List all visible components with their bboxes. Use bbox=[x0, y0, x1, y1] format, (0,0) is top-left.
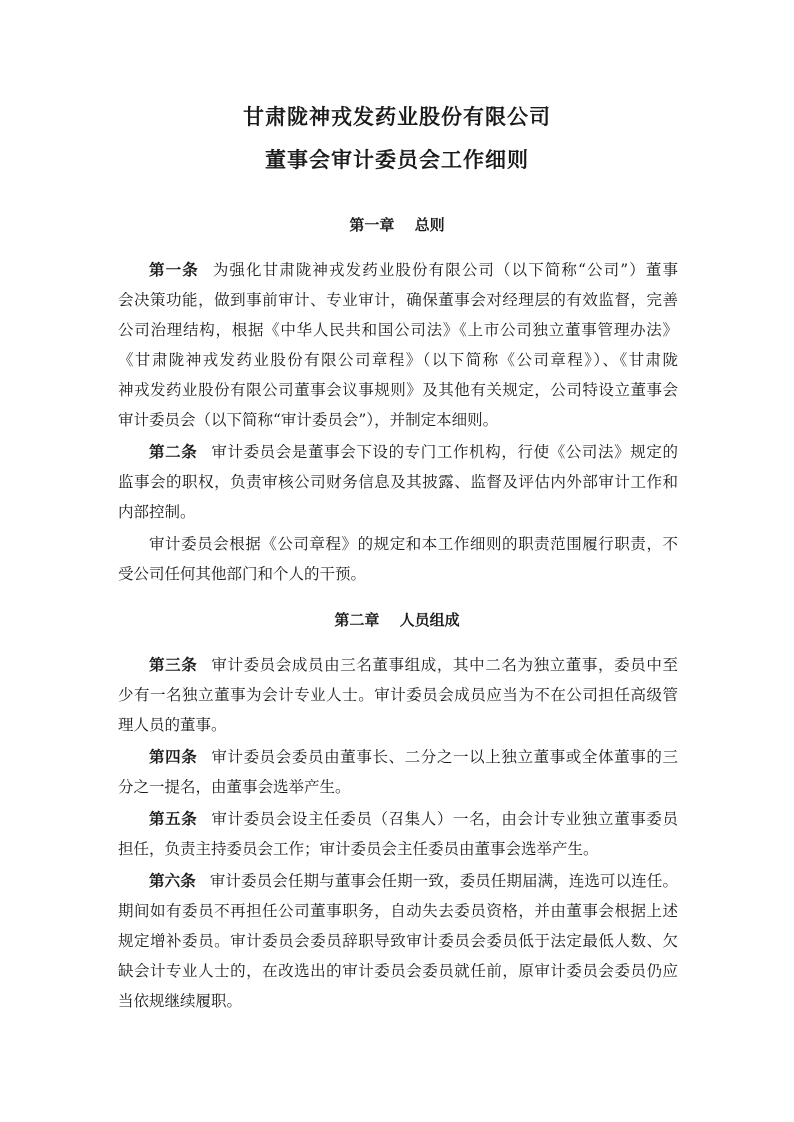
article-3-line-2: 少有一名独立董事为会计专业人士。审计委员会成员应当为不在公司担任高级管 bbox=[118, 684, 678, 706]
article-2-line-1: 第二条审计委员会是董事会下设的专门工作机构，行使《公司法》规定的 bbox=[149, 441, 678, 463]
article-3-line-1: 第三条审计委员会成员由三名董事组成，其中二名为独立董事，委员中至 bbox=[149, 654, 678, 676]
article-2-para-2-line-1: 审计委员会根据《公司章程》的规定和本工作细则的职责范围履行职责，不 bbox=[149, 533, 678, 555]
article-label: 第四条 bbox=[149, 748, 197, 766]
article-2-para-2-line-2: 受公司任何其他部门和个人的干预。 bbox=[118, 563, 678, 585]
article-6-line-5: 当依规继续履职。 bbox=[118, 990, 678, 1012]
article-4-line-1: 第四条审计委员会委员由董事长、二分之一以上独立董事或全体董事的三 bbox=[149, 746, 678, 768]
article-5-line-2: 担任，负责主持委员会工作；审计委员会主任委员由董事会选举产生。 bbox=[118, 838, 678, 860]
article-6-line-3: 规定增补委员。审计委员会委员辞职导致审计委员会委员低于法定最低人数、欠 bbox=[118, 930, 678, 952]
article-label: 第六条 bbox=[149, 872, 196, 890]
article-text: 审计委员会成员由三名董事组成，其中二名为独立董事，委员中至 bbox=[211, 656, 678, 674]
article-text: 为强化甘肃陇神戎发药业股份有限公司（以下简称“公司”）董事 bbox=[213, 261, 678, 279]
article-1-line-6: 审计委员会（以下简称“审计委员会”），并制定本细则。 bbox=[118, 409, 678, 431]
article-6-line-1: 第六条审计委员会任期与董事会任期一致，委员任期届满，连选可以连任。 bbox=[149, 870, 678, 892]
article-text: 审计委员会设主任委员（召集人）一名，由会计专业独立董事委员 bbox=[211, 810, 678, 828]
chapter-heading-members: 第二章 人员组成 bbox=[0, 609, 794, 631]
article-1-line-2: 会决策功能，做到事前审计、专业审计，确保董事会对经理层的有效监督，完善 bbox=[118, 289, 678, 311]
article-5-line-1: 第五条审计委员会设主任委员（召集人）一名，由会计专业独立董事委员 bbox=[149, 808, 678, 830]
article-1-line-1: 第一条为强化甘肃陇神戎发药业股份有限公司（以下简称“公司”）董事 bbox=[149, 259, 678, 281]
article-label: 第三条 bbox=[149, 656, 197, 674]
chapter-heading-general: 第一章 总则 bbox=[0, 214, 794, 236]
article-label: 第一条 bbox=[149, 261, 199, 279]
article-text: 审计委员会委员由董事长、二分之一以上独立董事或全体董事的三 bbox=[211, 748, 678, 766]
article-1-line-4: 《甘肃陇神戎发药业股份有限公司章程》（以下简称《公司章程》）、《甘肃陇 bbox=[118, 349, 678, 371]
article-1-line-5: 神戎发药业股份有限公司董事会议事规则》及其他有关规定，公司特设立董事会 bbox=[118, 379, 678, 401]
article-3-line-3: 理人员的董事。 bbox=[118, 714, 678, 736]
document-title-company: 甘肃陇神戎发药业股份有限公司 bbox=[0, 103, 794, 131]
article-2-line-2: 监事会的职权，负责审核公司财务信息及其披露、监督及评估内外部审计工作和 bbox=[118, 471, 678, 493]
article-2-line-3: 内部控制。 bbox=[118, 501, 678, 523]
article-label: 第二条 bbox=[149, 443, 197, 461]
article-text: 审计委员会任期与董事会任期一致，委员任期届满，连选可以连任。 bbox=[210, 872, 678, 890]
article-text: 审计委员会是董事会下设的专门工作机构，行使《公司法》规定的 bbox=[211, 443, 678, 461]
article-label: 第五条 bbox=[149, 810, 197, 828]
article-4-line-2: 分之一提名，由董事会选举产生。 bbox=[118, 776, 678, 798]
article-1-line-3: 公司治理结构，根据《中华人民共和国公司法》《上市公司独立董事管理办法》 bbox=[118, 319, 678, 341]
document-title-rules: 董事会审计委员会工作细则 bbox=[0, 146, 794, 174]
article-6-line-4: 缺会计专业人士的，在改选出的审计委员会委员就任前，原审计委员会委员仍应 bbox=[118, 960, 678, 982]
article-6-line-2: 期间如有委员不再担任公司董事职务，自动失去委员资格，并由董事会根据上述 bbox=[118, 900, 678, 922]
document-page: 甘肃陇神戎发药业股份有限公司 董事会审计委员会工作细则 第一章 总则 第一条为强… bbox=[0, 0, 794, 1122]
